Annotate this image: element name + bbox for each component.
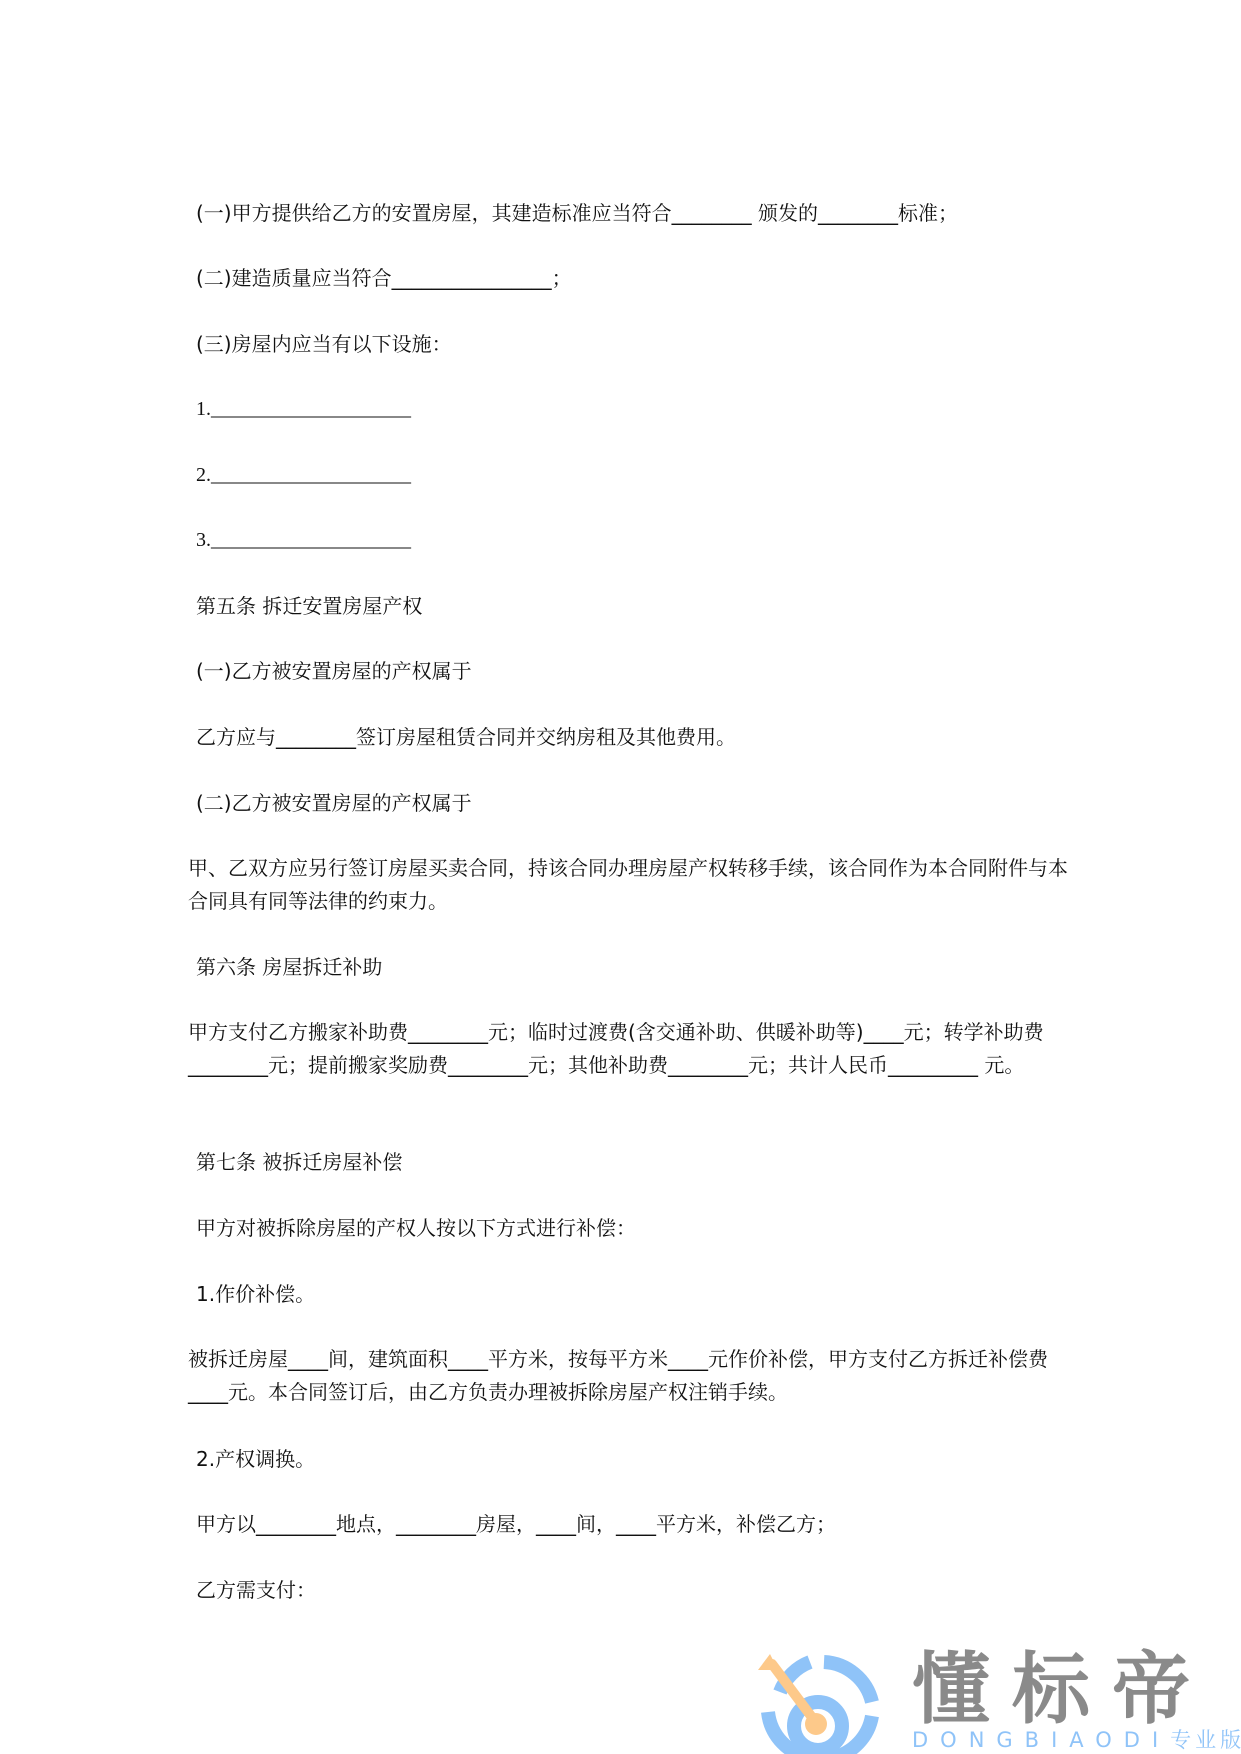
- clause-property-rights-2: (二)乙方被安置房屋的产权属于: [196, 791, 472, 815]
- watermark: 懂标帝 DONGBIAODI专业版: [752, 1640, 1232, 1754]
- clause-facilities: (三)房屋内应当有以下设施：: [196, 332, 452, 356]
- watermark-edition: 专业版: [1170, 1728, 1241, 1752]
- facility-item-2: 2.____________________: [196, 463, 411, 487]
- article-7-heading: 第七条 被拆迁房屋补偿: [196, 1150, 402, 1174]
- facility-item-3: 3.____________________: [196, 528, 411, 552]
- clause-sale-contract: 甲、乙双方应另行签订房屋买卖合同，持该合同办理房屋产权转移手续，该合同作为本合同…: [188, 852, 1068, 918]
- target-arrow-icon: [752, 1640, 892, 1754]
- clause-property-exchange: 2.产权调换。: [196, 1447, 315, 1471]
- clause-cash-compensation-detail: 被拆迁房屋____间，建筑面积____平方米，按每平方米____元作价补偿，甲方…: [188, 1343, 1068, 1409]
- article-5-heading: 第五条 拆迁安置房屋产权: [196, 594, 422, 618]
- facility-item-1: 1.____________________: [196, 397, 411, 421]
- clause-lease-contract: 乙方应与________签订房屋租赁合同并交纳房租及其他费用。: [196, 725, 736, 749]
- clause-cash-compensation: 1.作价补偿。: [196, 1282, 315, 1306]
- clause-payment-due: 乙方需支付：: [196, 1578, 316, 1602]
- watermark-brand-en: DONGBIAODI专业版: [912, 1728, 1241, 1752]
- clause-property-rights-1: (一)乙方被安置房屋的产权属于: [196, 659, 472, 683]
- clause-relocation-subsidy: 甲方支付乙方搬家补助费________元；临时过渡费(含交通补助、供暖补助等)_…: [188, 1016, 1068, 1082]
- clause-property-exchange-detail: 甲方以________地点，________房屋，____间，____平方米，补…: [196, 1512, 836, 1536]
- clause-compensation-method: 甲方对被拆除房屋的产权人按以下方式进行补偿：: [196, 1216, 636, 1240]
- article-6-heading: 第六条 房屋拆迁补助: [196, 955, 382, 979]
- watermark-brand-cn: 懂标帝: [912, 1650, 1212, 1730]
- watermark-brand-en-text: DONGBIAODI: [912, 1728, 1170, 1752]
- clause-quality: (二)建造质量应当符合________________；: [196, 266, 572, 290]
- clause-standard: (一)甲方提供给乙方的安置房屋，其建造标准应当符合________ 颁发的___…: [196, 201, 958, 225]
